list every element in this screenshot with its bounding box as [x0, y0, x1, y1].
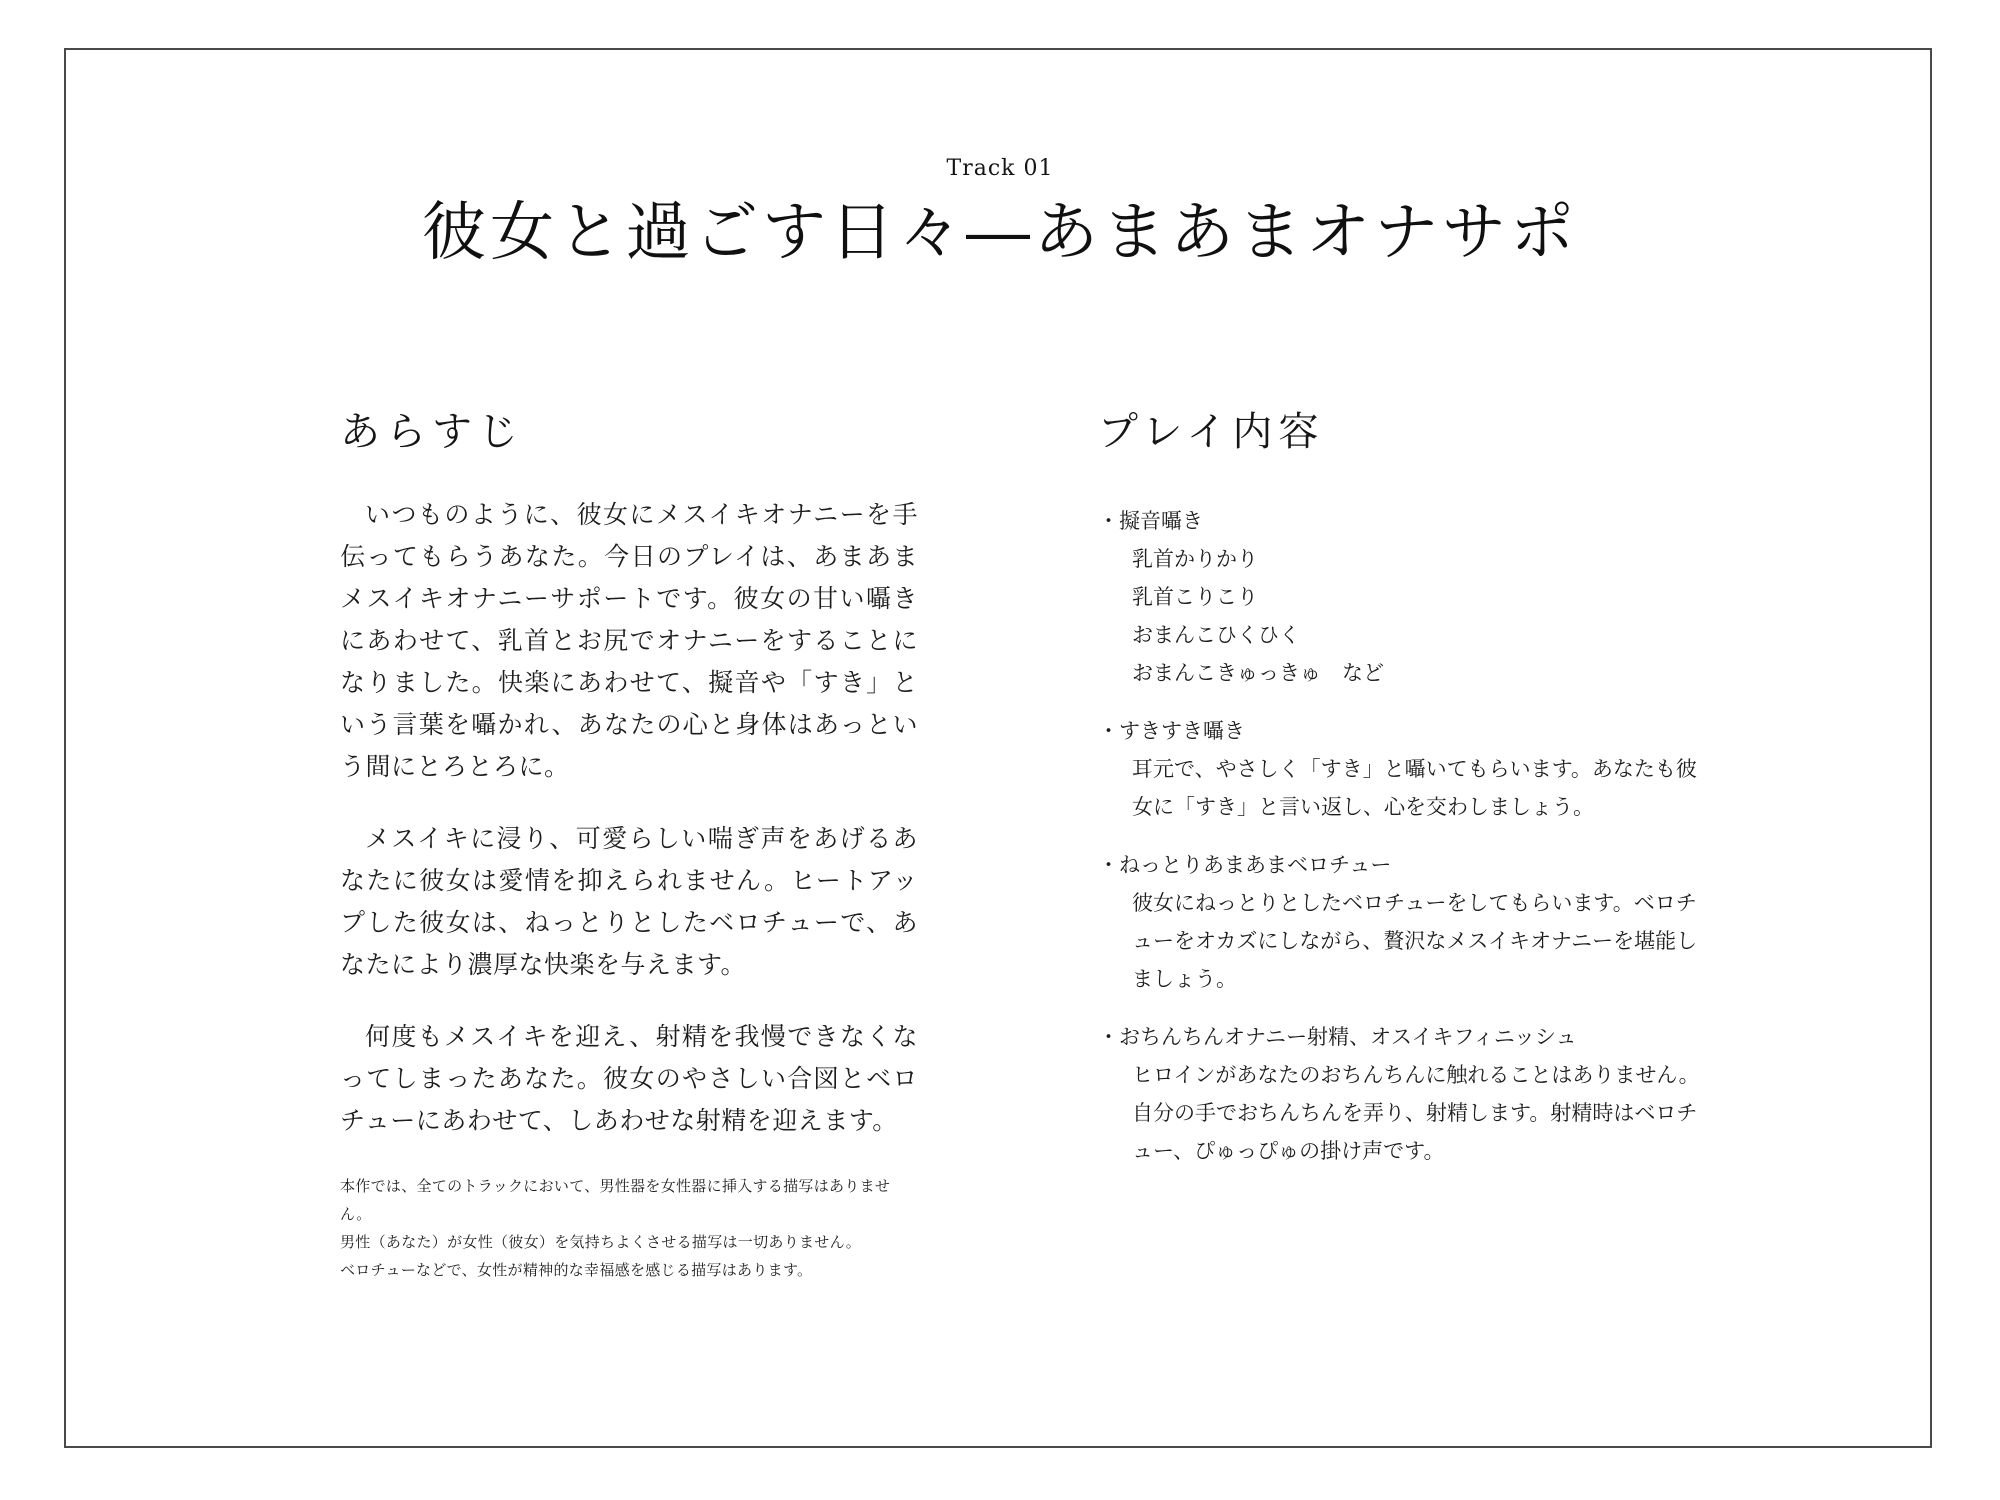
bullet-marker: ・	[1098, 712, 1119, 750]
disclaimer: 本作では、全てのトラックにおいて、男性器を女性器に挿入する描写はありません。 男…	[340, 1172, 918, 1284]
play-subline: おまんこひくひく	[1132, 616, 1798, 654]
bullet-marker: ・	[1098, 846, 1119, 884]
play-item-label-text: ねっとりあまあまベロチュー	[1119, 853, 1391, 877]
play-item-label: ・すきすき囁き	[1098, 712, 1798, 750]
play-subline: 乳首こりこり	[1132, 578, 1798, 616]
play-item-finish: ・おちんちんオナニー射精、オスイキフィニッシュ ヒロインがあなたのおちんちんに触…	[1098, 1018, 1798, 1170]
synopsis-heading: あらすじ	[340, 408, 918, 456]
bullet-marker: ・	[1098, 502, 1119, 540]
play-item-description: ヒロインがあなたのおちんちんに触れることはありません。自分の手でおちんちんを弄り…	[1132, 1056, 1717, 1170]
play-subline: おまんこきゅっきゅ など	[1132, 654, 1798, 692]
disclaimer-line: 本作では、全てのトラックにおいて、男性器を女性器に挿入する描写はありません。	[340, 1172, 918, 1228]
disclaimer-line: 男性（あなた）が女性（彼女）を気持ちよくさせる描写は一切ありません。	[340, 1228, 918, 1256]
track-label: Track 01	[0, 156, 2000, 181]
page-title: 彼女と過ごす日々―あまあまオナサポ	[0, 198, 2000, 268]
synopsis-paragraph: 何度もメスイキを迎え、射精を我慢できなくなってしまったあなた。彼女のやさしい合図…	[340, 1016, 918, 1142]
play-item-label: ・擬音囁き	[1098, 502, 1798, 540]
disclaimer-line: ベロチューなどで、女性が精神的な幸福感を感じる描写はあります。	[340, 1256, 918, 1284]
play-subline: 乳首かりかり	[1132, 540, 1798, 578]
synopsis-paragraph: メスイキに浸り、可愛らしい喘ぎ声をあげるあなたに彼女は愛情を抑えられません。ヒー…	[340, 818, 918, 986]
play-item-sukisuki: ・すきすき囁き 耳元で、やさしく「すき」と囁いてもらいます。あなたも彼女に「すき…	[1098, 712, 1798, 826]
play-item-label-text: すきすき囁き	[1119, 719, 1245, 743]
play-item-giongsasayaki: ・擬音囁き 乳首かりかり 乳首こりこり おまんこひくひく おまんこきゅっきゅ な…	[1098, 502, 1798, 692]
play-item-description: 耳元で、やさしく「すき」と囁いてもらいます。あなたも彼女に「すき」と言い返し、心…	[1132, 750, 1717, 826]
play-content-section: プレイ内容 ・擬音囁き 乳首かりかり 乳首こりこり おまんこひくひく おまんこき…	[1098, 408, 1798, 1190]
play-item-label-text: 擬音囁き	[1119, 509, 1203, 533]
play-item-label: ・ねっとりあまあまベロチュー	[1098, 846, 1798, 884]
synopsis-paragraph: いつものように、彼女にメスイキオナニーを手伝ってもらうあなた。今日のプレイは、あ…	[340, 494, 918, 788]
play-item-berochu: ・ねっとりあまあまベロチュー 彼女にねっとりとしたベロチューをしてもらいます。ベ…	[1098, 846, 1798, 998]
play-item-sublines: 乳首かりかり 乳首こりこり おまんこひくひく おまんこきゅっきゅ など	[1132, 540, 1798, 692]
play-item-label: ・おちんちんオナニー射精、オスイキフィニッシュ	[1098, 1018, 1798, 1056]
play-item-label-text: おちんちんオナニー射精、オスイキフィニッシュ	[1119, 1025, 1577, 1049]
bullet-marker: ・	[1098, 1018, 1119, 1056]
play-item-description: 彼女にねっとりとしたベロチューをしてもらいます。ベロチューをオカズにしながら、贅…	[1132, 884, 1717, 998]
synopsis-section: あらすじ いつものように、彼女にメスイキオナニーを手伝ってもらうあなた。今日のプ…	[340, 408, 918, 1284]
play-content-heading: プレイ内容	[1098, 408, 1798, 456]
